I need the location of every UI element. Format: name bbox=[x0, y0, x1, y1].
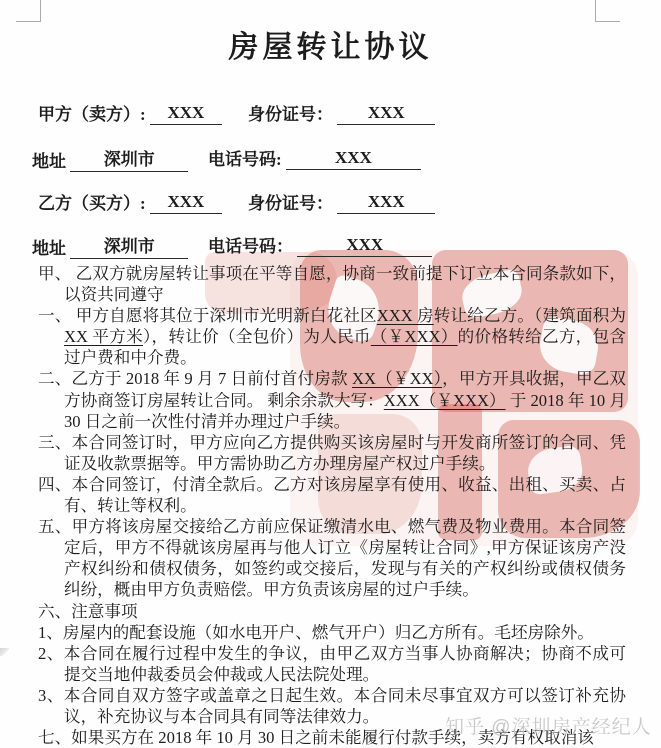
clause-4: 四、本合同签订，付清全款后。乙方对该房屋享有使用、收益、出租、买卖、占有、转让等… bbox=[38, 474, 626, 516]
party-b-id-label: 身份证号： bbox=[248, 194, 333, 213]
form-row-address-a: 地址 深圳市 电话号码: XXX bbox=[0, 145, 661, 171]
party-b-name-blank: XXX bbox=[150, 192, 222, 214]
address-b-row-right: 电话号码： XXX bbox=[208, 232, 432, 257]
clause-5: 五、甲方将该房屋交接给乙方前应保证缴清水电、燃气费及物业费用。本合同签定后，甲方… bbox=[38, 516, 626, 600]
party-b-id-blank: XXX bbox=[337, 192, 435, 214]
fill-in-value: （￥XXX） bbox=[371, 327, 458, 346]
clause-text: 五、甲方将该房屋交接给乙方前应保证缴清水电、燃气费及物业费用。本合同签定后，甲方… bbox=[38, 517, 626, 599]
address-a-blank: 深圳市 bbox=[70, 145, 188, 172]
address-a-row-right: 电话号码: XXX bbox=[208, 145, 421, 170]
clause-1: 一、 甲方自愿将其位于深圳市光明新白花社区XXX 房转让给乙方。（建筑面积为 X… bbox=[38, 305, 626, 368]
phone-b-blank: XXX bbox=[297, 235, 432, 257]
party-a-row-right: 身份证号： XXX bbox=[248, 100, 435, 125]
address-a-row-left: 地址 深圳市 bbox=[32, 145, 188, 172]
clause-text: 一、 甲方自愿将其位于深圳市光明新白花社区 bbox=[38, 306, 377, 325]
page-corner-mark-left bbox=[16, 0, 41, 22]
phone-a-blank: XXX bbox=[286, 148, 421, 170]
page-edge-mark bbox=[0, 648, 9, 656]
fill-in-value: XX（￥XX） bbox=[352, 369, 442, 388]
party-b-row-left: 乙方（买方）: XXX bbox=[38, 189, 222, 214]
clause-text: 六、注意事项 bbox=[38, 602, 138, 621]
clause-6: 六、注意事项 bbox=[38, 601, 626, 622]
clause-text: 四、本合同签订，付清全款后。乙方对该房屋享有使用、收益、出租、买卖、占有、转让等… bbox=[38, 475, 626, 515]
address-b-label: 地址 bbox=[32, 239, 66, 258]
party-b-label: 乙方（买方）: bbox=[38, 194, 146, 213]
address-b-row-left: 地址 深圳市 bbox=[32, 232, 188, 259]
phone-b-label: 电话号码： bbox=[208, 237, 293, 256]
phone-a-label: 电话号码: bbox=[208, 150, 282, 169]
form-row-party-a: 甲方（卖方）: XXX 身份证号： XXX bbox=[0, 100, 661, 126]
party-b-row-right: 身份证号： XXX bbox=[248, 189, 435, 214]
clause-text: 三、本合同签订时，甲方应向乙方提供购买该房屋时与开发商所签订的合同、凭证及收款票… bbox=[38, 433, 626, 473]
clause-text: ），转让价（全包价）为人民币 bbox=[143, 327, 371, 346]
clause-text: 二、乙方于 2018 年 9 月 7 日前付首付房款 bbox=[38, 369, 352, 388]
party-a-name-blank: XXX bbox=[150, 103, 222, 125]
fill-in-value: XXX 房 bbox=[377, 306, 434, 325]
party-a-label: 甲方（卖方）: bbox=[38, 105, 146, 124]
fill-in-value: XX 平方米 bbox=[64, 327, 143, 346]
brand-watermark: 知乎 @深圳房产经纪人 bbox=[445, 712, 652, 739]
party-a-id-label: 身份证号： bbox=[248, 105, 333, 124]
clause-text: 2、本合同在履行过程中发生的争议，由甲乙双方当事人协商解决；协商不成可提交当地仲… bbox=[38, 644, 626, 684]
party-a-id-blank: XXX bbox=[337, 103, 435, 125]
address-b-blank: 深圳市 bbox=[70, 232, 188, 259]
clause-text: 转让给乙方。（建筑面积为 bbox=[434, 306, 626, 325]
fill-in-value: XXX（￥XXX） bbox=[384, 391, 506, 410]
form-row-party-b: 乙方（买方）: XXX 身份证号： XXX bbox=[0, 189, 661, 215]
clause-7: 1、房屋内的配套设施（如水电开户、燃气开户）归乙方所有。毛坯房除外。 bbox=[38, 622, 626, 643]
page-corner-mark-right bbox=[595, 0, 620, 22]
clause-text: 1、房屋内的配套设施（如水电开户、燃气开户）归乙方所有。毛坯房除外。 bbox=[38, 623, 594, 642]
document-page: 房屋转让协议 甲方（卖方）: XXX 身份证号： XXX 地址 深圳市 电话号码… bbox=[0, 0, 661, 748]
clauses-section: 甲、 乙双方就房屋转让事项在平等自愿，协商一致前提下订立本合同条款如下，以资共同… bbox=[38, 263, 626, 748]
clause-8: 2、本合同在履行过程中发生的争议，由甲乙双方当事人协商解决；协商不成可提交当地仲… bbox=[38, 643, 626, 685]
party-a-row-left: 甲方（卖方）: XXX bbox=[38, 100, 222, 125]
clause-text: 甲、 乙双方就房屋转让事项在平等自愿，协商一致前提下订立本合同条款如下，以资共同… bbox=[38, 264, 626, 304]
form-row-address-b: 地址 深圳市 电话号码： XXX bbox=[0, 232, 661, 258]
clause-3: 三、本合同签订时，甲方应向乙方提供购买该房屋时与开发商所签订的合同、凭证及收款票… bbox=[38, 432, 626, 474]
page-title: 房屋转让协议 bbox=[0, 22, 661, 66]
clause-2: 二、乙方于 2018 年 9 月 7 日前付首付房款 XX（￥XX），甲方开具收… bbox=[38, 368, 626, 431]
clause-0: 甲、 乙双方就房屋转让事项在平等自愿，协商一致前提下订立本合同条款如下，以资共同… bbox=[38, 263, 626, 305]
address-a-label: 地址 bbox=[32, 152, 66, 171]
